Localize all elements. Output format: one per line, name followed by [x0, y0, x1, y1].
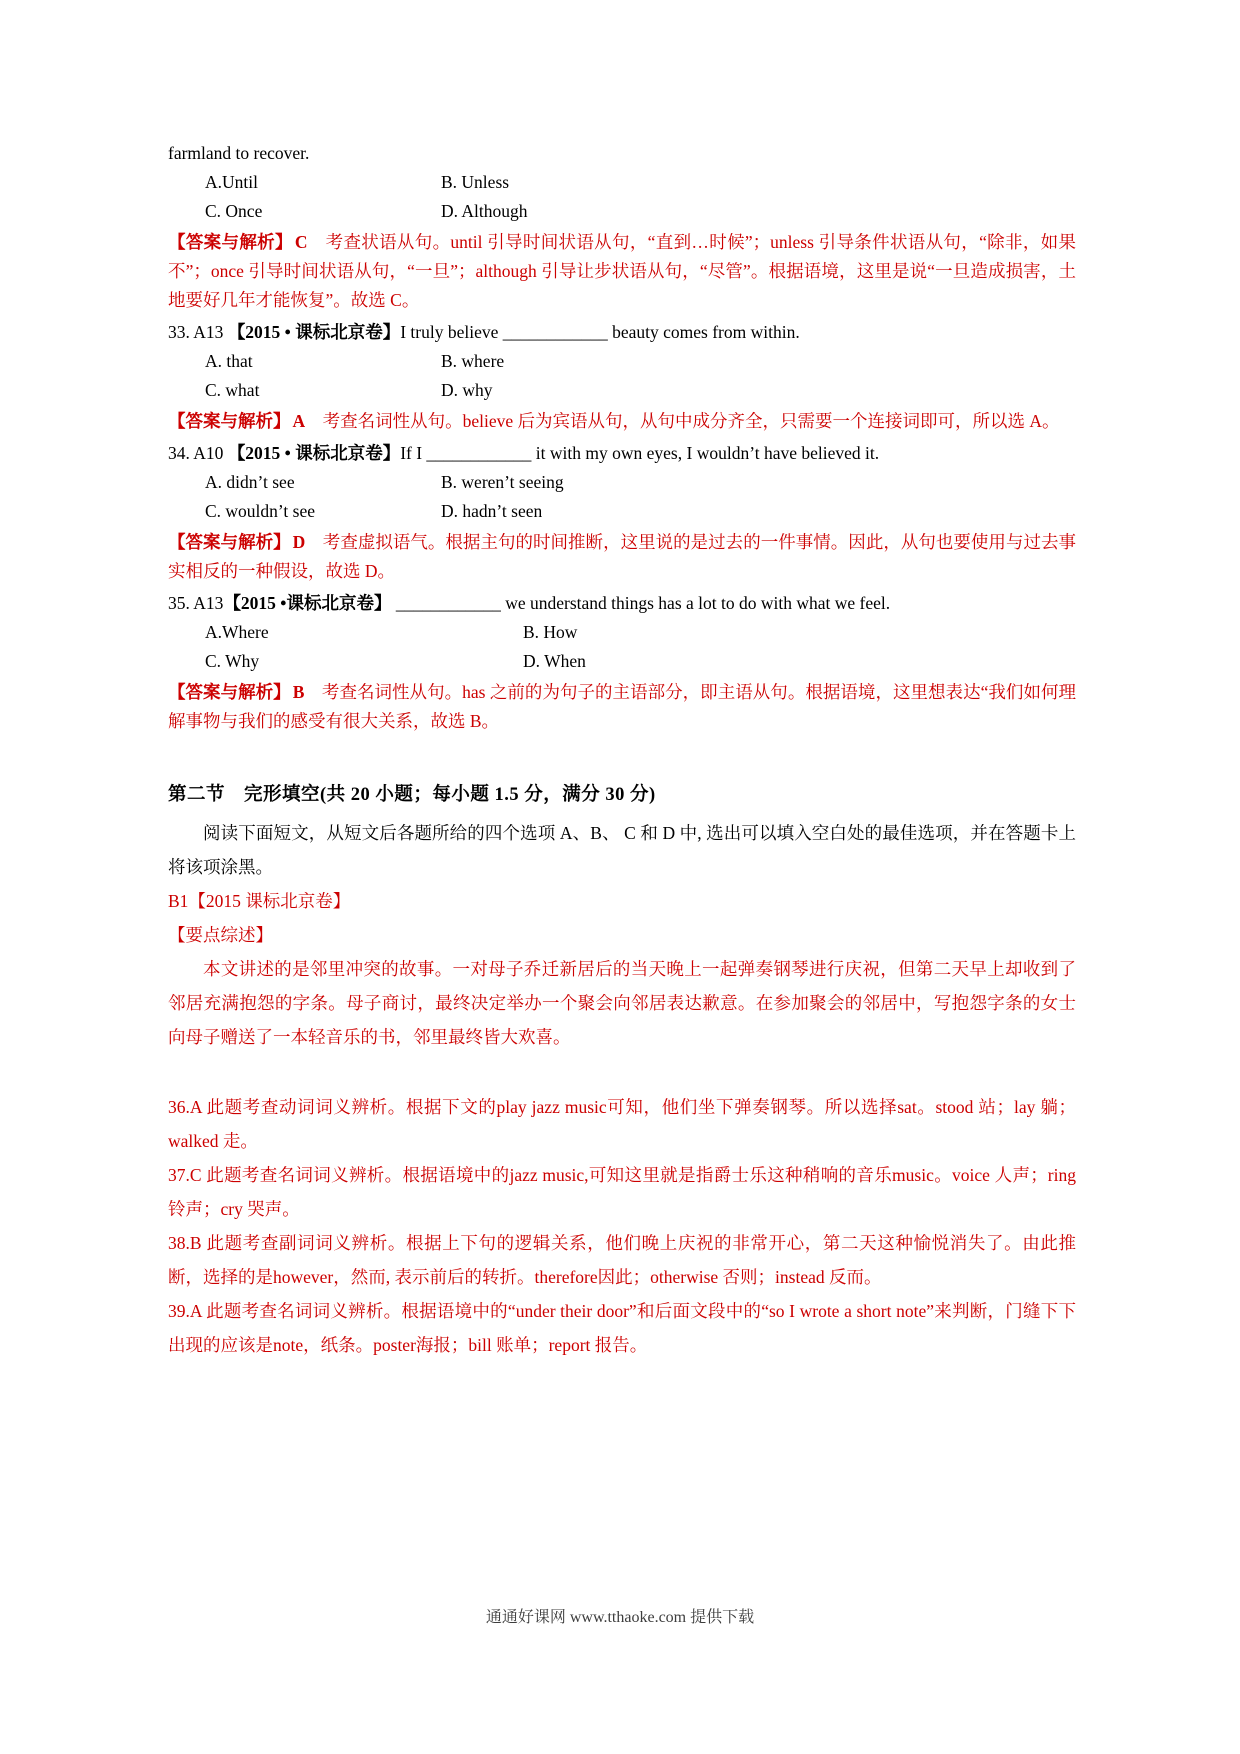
answer-analysis: 【答案与解析】D 考查虚拟语气。根据主句的时间推断，这里说的是过去的一件事情。因… — [168, 528, 1076, 586]
option-list: A. didn’t see B. weren’t seeing C. would… — [168, 468, 1076, 526]
answer-letter: B — [293, 682, 305, 702]
answer-letter: A — [293, 411, 306, 431]
cloze-note-39: 39.A 此题考查名词词义辨析。根据语境中的“under their door”… — [168, 1294, 1076, 1362]
answer-letter: C — [295, 232, 308, 252]
question-stem: 35. A13【2015 •课标北京卷】 ____________ we und… — [168, 589, 1076, 618]
option-d: D. hadn’t seen — [441, 497, 542, 526]
option-row: A. that B. where — [205, 347, 1076, 376]
question-stem: 34. A10 【2015 • 课标北京卷】If I ____________ … — [168, 439, 1076, 468]
option-c: C. Why — [205, 647, 523, 676]
question-block-34: 34. A10 【2015 • 课标北京卷】If I ____________ … — [168, 439, 1076, 586]
option-row: A.Until B. Unless — [205, 168, 1076, 197]
analysis-label: 【答案与解析】 — [168, 411, 291, 431]
answer-analysis: 【答案与解析】A 考查名词性从句。believe 后为宾语从句，从句中成分齐全，… — [168, 407, 1076, 436]
cloze-note-36: 36.A 此题考查动词词义辨析。根据下文的play jazz music可知，他… — [168, 1090, 1076, 1158]
option-d: D. Although — [441, 197, 528, 226]
page-footer: 通通好课网 www.tthaoke.com 提供下载 — [0, 1604, 1240, 1627]
cloze-note-37: 37.C 此题考查名词词义辨析。根据语境中的jazz music,可知这里就是指… — [168, 1158, 1076, 1226]
option-row: A.Where B. How — [205, 618, 1076, 647]
exam-source-tag: 【2015 •课标北京卷】 — [223, 593, 391, 613]
cloze-answer-notes: 36.A 此题考查动词词义辨析。根据下文的play jazz music可知，他… — [168, 1090, 1076, 1362]
option-row: C. wouldn’t see D. hadn’t seen — [205, 497, 1076, 526]
option-a: A.Where — [205, 618, 523, 647]
option-c: C. Once — [205, 197, 441, 226]
option-a: A.Until — [205, 168, 441, 197]
section-heading: 第二节 完形填空(共 20 小题；每小题 1.5 分，满分 30 分) — [168, 778, 1076, 812]
option-d: D. When — [523, 647, 586, 676]
summary-paragraph: 本文讲述的是邻里冲突的故事。一对母子乔迁新居后的当天晚上一起弹奏钢琴进行庆祝，但… — [168, 952, 1076, 1054]
section-instructions: 阅读下面短文，从短文后各题所给的四个选项 A、B、 C 和 D 中, 选出可以填… — [168, 816, 1076, 884]
stem-text: If I ____________ it with my own eyes, I… — [400, 443, 879, 463]
option-b: B. weren’t seeing — [441, 468, 564, 497]
question-number: 33. A13 — [168, 322, 228, 342]
stem-text: I truly believe ____________ beauty come… — [400, 322, 800, 342]
stem-text: ____________ we understand things has a … — [391, 593, 890, 613]
answer-analysis: 【答案与解析】C 考查状语从句。until 引导时间状语从句，“直到…时候”；u… — [168, 228, 1076, 315]
question-stem: farmland to recover. — [168, 139, 1076, 168]
question-block-32: farmland to recover. A.Until B. Unless C… — [168, 139, 1076, 315]
option-b: B. where — [441, 347, 504, 376]
answer-analysis: 【答案与解析】B 考查名词性从句。has 之前的为句子的主语部分，即主语从句。根… — [168, 678, 1076, 736]
question-number: 35. A13 — [168, 593, 223, 613]
option-d: D. why — [441, 376, 493, 405]
analysis-label: 【答案与解析】 — [168, 682, 291, 702]
option-row: C. what D. why — [205, 376, 1076, 405]
option-list: A.Where B. How C. Why D. When — [168, 618, 1076, 676]
question-block-35: 35. A13【2015 •课标北京卷】 ____________ we und… — [168, 589, 1076, 736]
cloze-note-38: 38.B 此题考查副词词义辨析。根据上下句的逻辑关系，他们晚上庆祝的非常开心，第… — [168, 1226, 1076, 1294]
option-c: C. what — [205, 376, 441, 405]
analysis-label: 【答案与解析】 — [168, 532, 291, 552]
option-a: A. didn’t see — [205, 468, 441, 497]
option-b: B. Unless — [441, 168, 509, 197]
analysis-label: 【答案与解析】 — [168, 232, 293, 252]
page-content: farmland to recover. A.Until B. Unless C… — [168, 136, 1076, 1362]
option-row: A. didn’t see B. weren’t seeing — [205, 468, 1076, 497]
analysis-body: 考查虚拟语气。根据主句的时间推断，这里说的是过去的一件事情。因此，从句也要使用与… — [168, 532, 1076, 581]
answer-letter: D — [293, 532, 306, 552]
stem-text: farmland to recover. — [168, 143, 309, 163]
option-row: C. Why D. When — [205, 647, 1076, 676]
question-number: 34. A10 — [168, 443, 228, 463]
exam-source-tag: 【2015 • 课标北京卷】 — [228, 322, 400, 342]
option-a: A. that — [205, 347, 441, 376]
question-block-33: 33. A13 【2015 • 课标北京卷】I truly believe __… — [168, 318, 1076, 436]
option-list: A. that B. where C. what D. why — [168, 347, 1076, 405]
option-row: C. Once D. Although — [205, 197, 1076, 226]
section-cloze: 第二节 完形填空(共 20 小题；每小题 1.5 分，满分 30 分) 阅读下面… — [168, 778, 1076, 1362]
summary-label: 【要点综述】 — [168, 918, 1076, 952]
option-c: C. wouldn’t see — [205, 497, 441, 526]
option-list: A.Until B. Unless C. Once D. Although — [168, 168, 1076, 226]
analysis-body: 考查名词性从句。believe 后为宾语从句，从句中成分齐全，只需要一个连接词即… — [305, 411, 1059, 431]
option-b: B. How — [523, 618, 577, 647]
document-page: farmland to recover. A.Until B. Unless C… — [0, 0, 1240, 1754]
exam-source-tag: 【2015 • 课标北京卷】 — [228, 443, 400, 463]
question-stem: 33. A13 【2015 • 课标北京卷】I truly believe __… — [168, 318, 1076, 347]
analysis-body: 考查名词性从句。has 之前的为句子的主语部分，即主语从句。根据语境，这里想表达… — [168, 682, 1076, 731]
exam-source-line: B1【2015 课标北京卷】 — [168, 884, 1076, 918]
